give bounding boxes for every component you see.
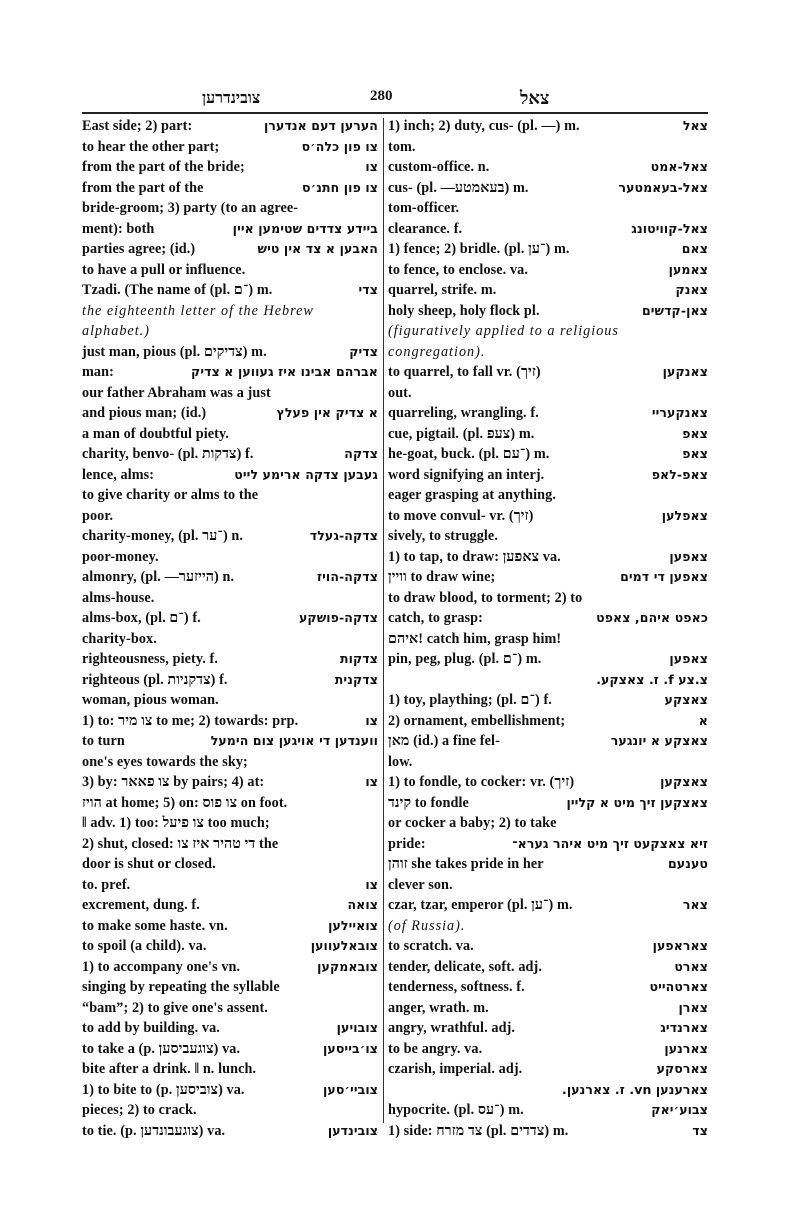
english-text: quarrel, strife. m. [388,280,496,301]
entry-line: czar, tzar, emperor (pl. ־ען) m.צאר [388,895,708,916]
english-text: man: [82,362,114,383]
english-text: hypocrite. (pl. ־עס) m. [388,1100,524,1121]
english-text: to fence, to enclose. va. [388,260,528,281]
yiddish-headword: צאצקע [665,690,708,711]
yiddish-headword: צ.צע f. ז. צאצקע. [596,670,708,691]
yiddish-headword: צובאמקען [317,957,378,978]
entry-line: a man of doubtful piety. [82,424,378,445]
yiddish-headword: צבוע׳יאק [651,1100,708,1121]
yiddish-headword: צו [365,875,378,896]
entry-line: excrement, dung. f.צואה [82,895,378,916]
entry-line: charity-money, (pl. ־ער) n.צדקה-געלד [82,526,378,547]
yiddish-headword: צאפ [682,444,708,465]
yiddish-headword: צארענען vn. ז. צארנען. [562,1080,708,1101]
entry-line: to turnווענדען די אויגען צום הימעל [82,731,378,752]
english-text: eager grasping at anything. [388,485,556,506]
entry-line: man:אברהם אבינו איז געווען א צדיק [82,362,378,383]
english-text: קינד to fondle [388,793,469,814]
entry-line: and pious man; (id.)א צדיק אין פעלץ [82,403,378,424]
entry-line: alphabet.) [82,321,378,342]
english-text: czar, tzar, emperor (pl. ־ען) m. [388,895,573,916]
english-text: just man, pious (pl. צדיקים) m. [82,342,267,363]
entry-line: tender, delicate, soft. adj.צארט [388,957,708,978]
english-text: “bam”; 2) to give one's assent. [82,998,268,1019]
english-text: and pious man; (id.) [82,403,206,424]
entry-line: to fence, to enclose. va.צאמען [388,260,708,281]
entry-line: charity-box. [82,629,378,650]
entry-line: to spoil (a child). va.צובאלעווען [82,936,378,957]
english-text: woman, pious woman. [82,690,219,711]
entry-line: to quarrel, to fall vr. (זיך)צאנקען [388,362,708,383]
yiddish-headword: צאל-קוויטונג [631,219,708,240]
yiddish-headword: כאפט איהם, צאפט [596,608,708,629]
entry-line: low. [388,752,708,773]
english-text: to. pref. [82,875,130,896]
english-text: quarreling, wrangling. f. [388,403,539,424]
entry-line: מאן (id.) a fine fel-צאצקע א יונגער [388,731,708,752]
entry-line: cue, pigtail. (pl. צעפ) m.צאפ [388,424,708,445]
entry-line: cus- (pl. —בעאמטע) m.צאל-בעאמטער [388,178,708,199]
english-text: door is shut or closed. [82,854,216,875]
english-text: alphabet.) [82,321,150,342]
yiddish-headword: צוביי׳סען [323,1080,378,1101]
yiddish-headword: צובאלעווען [311,936,378,957]
english-text: 1) to bite to (p. צוביסען) va. [82,1080,245,1101]
english-text: to take a (p. צוגעביסען) va. [82,1039,240,1060]
entry-line: charity, benvo- (pl. צדקות) f.צדקה [82,444,378,465]
entry-line: to be angry. va.צארנען [388,1039,708,1060]
yiddish-headword: צדקות [340,649,378,670]
english-text: poor-money. [82,547,159,568]
yiddish-headword: צו [365,711,378,732]
yiddish-headword: צו פון כלה׳ס [302,137,378,158]
english-text: to turn [82,731,125,752]
english-text: from the part of the bride; [82,157,245,178]
english-text: מאן (id.) a fine fel- [388,731,500,752]
entry-line: 1) fence; 2) bridle. (pl. ־ען) m.צאם [388,239,708,260]
entry-line: צארענען vn. ז. צארנען. [388,1080,708,1101]
entry-line: 1) to tap, to draw: צאפען va.צאפען [388,547,708,568]
english-text: low. [388,752,412,773]
entry-line: woman, pious woman. [82,690,378,711]
english-text: 1) to fondle, to cocker: vr. (זיך) [388,772,574,793]
english-text: bride-groom; 3) party (to an agree- [82,198,298,219]
english-text: 1) to tap, to draw: צאפען va. [388,547,561,568]
yiddish-headword: צאפען די דמים [620,567,708,588]
yiddish-headword: טענעם [668,854,708,875]
entry-line: (of Russia). [388,916,708,937]
entry-line: 2) shut, closed: די טהיר איז צו the [82,834,378,855]
yiddish-headword: צארטהייט [649,977,708,998]
english-text: excrement, dung. f. [82,895,200,916]
entry-line: from the part of theצו פון חתנ׳ס [82,178,378,199]
entry-line: 1) to accompany one's vn.צובאמקען [82,957,378,978]
entry-line: 3) by: צו פאאר by pairs; 4) at:צו [82,772,378,793]
entry-line: door is shut or closed. [82,854,378,875]
english-text: to quarrel, to fall vr. (זיך) [388,362,541,383]
entry-line: righteous (pl. צדקניות) f.צדקנית [82,670,378,691]
yiddish-headword: צאצקע א יונגער [611,731,708,752]
entry-line: bite after a drink. ‖ n. lunch. [82,1059,378,1080]
entry-line: ment): bothביידע צדדים שטימען איין [82,219,378,240]
entry-line: lence, alms:געבען צדקה ארימע לייט [82,465,378,486]
yiddish-headword: האבען א צד אין טיש [258,239,378,260]
yiddish-headword: צאפען [669,649,708,670]
english-text: he-goat, buck. (pl. ־עם) m. [388,444,549,465]
page-number: 280 [370,88,393,105]
entry-line: צ.צע f. ז. צאצקע. [388,670,708,691]
english-text: 1) side: צד מזרח (pl. צדדים) m. [388,1121,568,1142]
english-text: to tie. (p. צוגעבונדען) va. [82,1121,225,1142]
entry-line: righteousness, piety. f.צדקות [82,649,378,670]
entry-line: 1) inch; 2) duty, cus- (pl. —) m.צאל [388,116,708,137]
english-text: one's eyes towards the sky; [82,752,248,773]
yiddish-headword: צארט [674,957,708,978]
english-text: charity-box. [82,629,157,650]
yiddish-headword: צדקה-געלד [310,526,378,547]
english-text: alms-box, (pl. ־ם) f. [82,608,201,629]
entry-line: holy sheep, holy flock pl.צאן-קדשים [388,301,708,322]
yiddish-headword: צאל [683,116,708,137]
entry-line: word signifying an interj.צאפ-לאפ [388,465,708,486]
entry-line: to tie. (p. צוגעבונדען) va.צובינדען [82,1121,378,1142]
english-text: 2) shut, closed: די טהיר איז צו the [82,834,278,855]
yiddish-headword: צאפ-לאפ [652,465,708,486]
entry-line: to. pref.צו [82,875,378,896]
entry-line: to give charity or alms to the [82,485,378,506]
english-text: almonry, (pl. —הייזער) n. [82,567,234,588]
english-text: czarish, imperial. adj. [388,1059,522,1080]
english-text: clever son. [388,875,453,896]
english-text: poor. [82,506,113,527]
yiddish-headword: צדי [359,280,379,301]
entry-line: pieces; 2) to crack. [82,1100,378,1121]
english-text: or cocker a baby; 2) to take [388,813,557,834]
english-text: tom. [388,137,416,158]
entry-line: or cocker a baby; 2) to take [388,813,708,834]
english-text: from the part of the [82,178,204,199]
yiddish-headword: צו [365,157,378,178]
yiddish-headword: צו פון חתנ׳ס [302,178,378,199]
english-text: to have a pull or influence. [82,260,245,281]
english-text: lence, alms: [82,465,154,486]
english-text: clearance. f. [388,219,462,240]
english-text: Tzadi. (The name of (pl. ־ם) m. [82,280,272,301]
yiddish-headword: צובויען [337,1018,378,1039]
entry-line: (figuratively applied to a religious [388,321,708,342]
english-text: to hear the other part; [82,137,219,158]
entry-line: poor. [82,506,378,527]
entry-line: East side; 2) part:הערען דעם אנדערן [82,116,378,137]
english-text: tenderness, softness. f. [388,977,525,998]
left-guide-word: צובינדרען [202,88,260,108]
entry-line: to move convul- vr. (זיך)צאפלען [388,506,708,527]
entry-line: almonry, (pl. —הייזער) n.צדקה-הויז [82,567,378,588]
yiddish-headword: צאצקען זיך מיט א קליין [567,793,709,814]
english-text: to scratch. va. [388,936,474,957]
english-text: 1) to accompany one's vn. [82,957,240,978]
entry-line: poor-money. [82,547,378,568]
yiddish-headword: צאמען [669,260,708,281]
english-text: 3) by: צו פאאר by pairs; 4) at: [82,772,264,793]
english-text: to make some haste. vn. [82,916,228,937]
entry-line: catch, to grasp:כאפט איהם, צאפט [388,608,708,629]
yiddish-headword: צארנדיג [660,1018,708,1039]
entry-line: anger, wrath. m.צארן [388,998,708,1019]
entry-line: our father Abraham was a just [82,383,378,404]
english-text: the eighteenth letter of the Hebrew [82,301,314,322]
entry-line: clever son. [388,875,708,896]
entry-line: 1) to: צו מיר to me; 2) towards: prp.צו [82,711,378,732]
english-text: 1) toy, plaything; (pl. ־ם) f. [388,690,552,711]
entry-line: pride:זיא צאצקעט זיך מיט איהר גערא־ [388,834,708,855]
entry-line: eager grasping at anything. [388,485,708,506]
entry-line: singing by repeating the syllable [82,977,378,998]
entry-line: to scratch. va.צאראפען [388,936,708,957]
entry-line: to hear the other part;צו פון כלה׳ס [82,137,378,158]
yiddish-headword: צובינדען [328,1121,378,1142]
english-text: וויין to draw wine; [388,567,495,588]
column-divider [383,118,384,1123]
yiddish-headword: צו [365,772,378,793]
yiddish-headword: ווענדען די אויגען צום הימעל [211,731,378,752]
yiddish-headword: צאר [683,895,708,916]
english-text: righteousness, piety. f. [82,649,218,670]
yiddish-headword: צאפ [682,424,708,445]
entry-line: הויז at home; 5) on: צו פוס on foot. [82,793,378,814]
english-text: charity-money, (pl. ־ער) n. [82,526,243,547]
yiddish-headword: הערען דעם אנדערן [264,116,378,137]
english-text: word signifying an interj. [388,465,544,486]
yiddish-headword: א צדיק אין פעלץ [277,403,379,424]
english-text: ment): both [82,219,154,240]
entry-line: angry, wrathful. adj.צארנדיג [388,1018,708,1039]
english-text: out. [388,383,412,404]
yiddish-headword: צדקה-הויז [317,567,378,588]
english-text: congregation). [388,342,485,363]
english-text: angry, wrathful. adj. [388,1018,515,1039]
entry-line: one's eyes towards the sky; [82,752,378,773]
entry-line: pin, peg, plug. (pl. ־ם) m.צאפען [388,649,708,670]
english-text: 1) inch; 2) duty, cus- (pl. —) m. [388,116,580,137]
english-text: custom-office. n. [388,157,489,178]
dictionary-page: צובינדרען 280 צאל East side; 2) part:הער… [82,84,708,114]
entry-line: 1) side: צד מזרח (pl. צדדים) m.צד [388,1121,708,1142]
english-text: alms-house. [82,588,154,609]
entry-line: זוהן she takes pride in herטענעם [388,854,708,875]
english-text: הויז at home; 5) on: צו פוס on foot. [82,793,287,814]
english-text: to draw blood, to torment; 2) to [388,588,582,609]
entry-line: czarish, imperial. adj.צארסקע [388,1059,708,1080]
entry-line: quarrel, strife. m.צאנק [388,280,708,301]
english-text: 2) ornament, embellishment; [388,711,565,732]
english-text: a man of doubtful piety. [82,424,229,445]
entry-line: he-goat, buck. (pl. ־עם) m.צאפ [388,444,708,465]
yiddish-headword: ביידע צדדים שטימען איין [233,219,378,240]
english-text: to spoil (a child). va. [82,936,206,957]
english-text: pieces; 2) to crack. [82,1100,197,1121]
english-text: sively, to struggle. [388,526,498,547]
english-text: cue, pigtail. (pl. צעפ) m. [388,424,534,445]
yiddish-headword: צאפלען [662,506,708,527]
yiddish-headword: צאפען [669,547,708,568]
entry-line: hypocrite. (pl. ־עס) m.צבוע׳יאק [388,1100,708,1121]
english-text: East side; 2) part: [82,116,192,137]
entry-line: custom-office. n.צאל-אמט [388,157,708,178]
entry-line: to add by building. va.צובויען [82,1018,378,1039]
left-column: East side; 2) part:הערען דעם אנדערןto he… [82,116,378,1141]
entry-line: from the part of the bride;צו [82,157,378,178]
yiddish-headword: צארנען [664,1039,708,1060]
entry-line: out. [388,383,708,404]
english-text: 1) fence; 2) bridle. (pl. ־ען) m. [388,239,570,260]
yiddish-headword: צו׳בייסען [323,1039,378,1060]
english-text: זוהן she takes pride in her [388,854,544,875]
english-text: cus- (pl. —בעאמטע) m. [388,178,529,199]
yiddish-headword: צואה [347,895,378,916]
yiddish-headword: צד [692,1121,708,1142]
english-text: to move convul- vr. (זיך) [388,506,533,527]
english-text: pin, peg, plug. (pl. ־ם) m. [388,649,541,670]
entry-line: tom. [388,137,708,158]
yiddish-headword: צאנקעריי [652,403,708,424]
english-text: 1) to: צו מיר to me; 2) towards: prp. [82,711,298,732]
entry-line: bride-groom; 3) party (to an agree- [82,198,378,219]
yiddish-headword: צדקה [344,444,378,465]
entry-line: quarreling, wrangling. f.צאנקעריי [388,403,708,424]
english-text: tom-officer. [388,198,459,219]
entry-line: 1) toy, plaything; (pl. ־ם) f.צאצקע [388,690,708,711]
yiddish-headword: צאנקען [663,362,708,383]
english-text: (figuratively applied to a religious [388,321,619,342]
yiddish-headword: צואיילען [328,916,378,937]
entry-line: איהם! catch him, grasp him! [388,629,708,650]
yiddish-headword: צאם [682,239,708,260]
yiddish-headword: אברהם אבינו איז געווען א צדיק [191,362,378,383]
yiddish-headword: צדקה-פושקע [299,608,378,629]
entry-line: tom-officer. [388,198,708,219]
english-text: to add by building. va. [82,1018,220,1039]
english-text: anger, wrath. m. [388,998,489,1019]
yiddish-headword: געבען צדקה ארימע לייט [234,465,378,486]
right-column: 1) inch; 2) duty, cus- (pl. —) m.צאלtom.… [388,116,708,1141]
yiddish-headword: צאל-בעאמטער [618,178,708,199]
yiddish-headword: צאנק [675,280,708,301]
entry-line: alms-box, (pl. ־ם) f.צדקה-פושקע [82,608,378,629]
entry-line: to take a (p. צוגעביסען) va.צו׳בייסען [82,1039,378,1060]
english-text: tender, delicate, soft. adj. [388,957,542,978]
yiddish-headword: צדקנית [335,670,378,691]
entry-line: alms-house. [82,588,378,609]
entry-line: sively, to struggle. [388,526,708,547]
entry-line: ‖ adv. 1) too: צו פיעל too much; [82,813,378,834]
entry-line: “bam”; 2) to give one's assent. [82,998,378,1019]
english-text: singing by repeating the syllable [82,977,280,998]
page-header: צובינדרען 280 צאל [82,84,708,114]
entry-line: tenderness, softness. f.צארטהייט [388,977,708,998]
entry-line: the eighteenth letter of the Hebrew [82,301,378,322]
entry-line: וויין to draw wine;צאפען די דמים [388,567,708,588]
yiddish-headword: צארסקע [657,1059,708,1080]
yiddish-headword: צאראפען [653,936,708,957]
english-text: ‖ adv. 1) too: צו פיעל too much; [82,813,270,834]
english-text: our father Abraham was a just [82,383,271,404]
yiddish-headword: צארן [679,998,708,1019]
entry-line: קינד to fondleצאצקען זיך מיט א קליין [388,793,708,814]
english-text: righteous (pl. צדקניות) f. [82,670,228,691]
entry-line: 1) to bite to (p. צוביסען) va.צוביי׳סען [82,1080,378,1101]
english-text: (of Russia). [388,916,465,937]
yiddish-headword: א [699,711,708,732]
yiddish-headword: צאן-קדשים [642,301,708,322]
english-text: holy sheep, holy flock pl. [388,301,540,322]
entry-line: Tzadi. (The name of (pl. ־ם) m.צדי [82,280,378,301]
english-text: catch, to grasp: [388,608,483,629]
english-text: charity, benvo- (pl. צדקות) f. [82,444,254,465]
yiddish-headword: זיא צאצקעט זיך מיט איהר גערא־ [512,834,708,855]
entry-line: 1) to fondle, to cocker: vr. (זיך)צאצקען [388,772,708,793]
english-text: to give charity or alms to the [82,485,258,506]
entry-line: 2) ornament, embellishment;א [388,711,708,732]
english-text: to be angry. va. [388,1039,482,1060]
yiddish-headword: צאצקען [660,772,708,793]
yiddish-headword: צדיק [349,342,378,363]
entry-line: to draw blood, to torment; 2) to [388,588,708,609]
english-text: איהם! catch him, grasp him! [388,629,561,650]
entry-line: parties agree; (id.)האבען א צד אין טיש [82,239,378,260]
english-text: parties agree; (id.) [82,239,195,260]
entry-line: congregation). [388,342,708,363]
yiddish-headword: צאל-אמט [651,157,708,178]
entry-line: just man, pious (pl. צדיקים) m.צדיק [82,342,378,363]
english-text: pride: [388,834,426,855]
entry-line: to have a pull or influence. [82,260,378,281]
english-text: bite after a drink. ‖ n. lunch. [82,1059,256,1080]
entry-line: clearance. f.צאל-קוויטונג [388,219,708,240]
right-guide-word: צאל [520,88,549,109]
entry-line: to make some haste. vn.צואיילען [82,916,378,937]
